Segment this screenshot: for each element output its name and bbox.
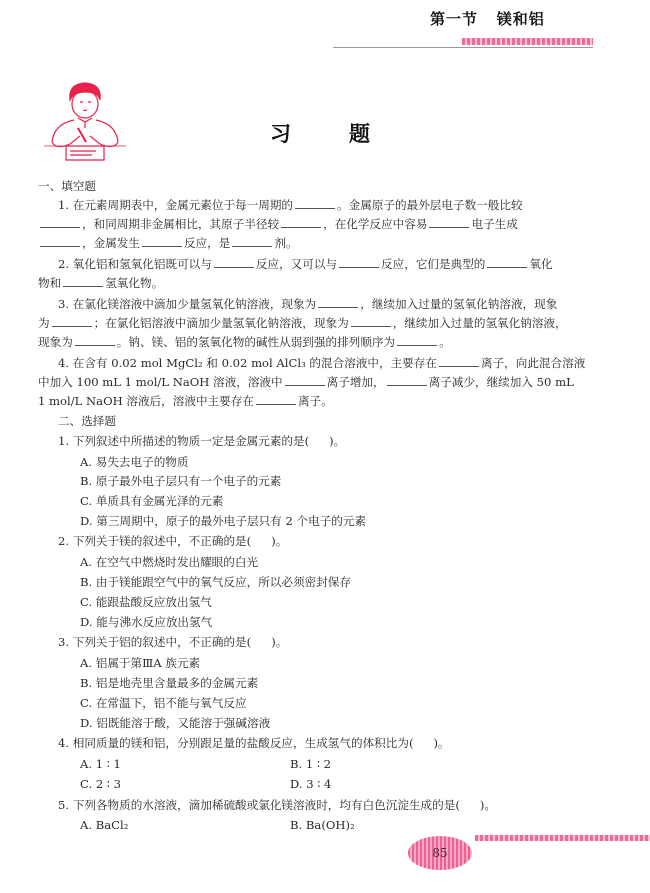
mc-q2-option-c[interactable]: C. 能跟盐酸反应放出氢气 — [80, 595, 212, 609]
header-decorative-stripe — [462, 38, 593, 45]
answer-blank[interactable] — [232, 236, 272, 247]
mc-q1-option-a[interactable]: A. 易失去电子的物质 — [80, 455, 189, 469]
mc-q2-option-a[interactable]: A. 在空气中燃烧时发出耀眼的白光 — [80, 555, 258, 569]
answer-blank[interactable] — [285, 375, 325, 386]
fill-q4-line1: 4. 在含有 0.02 mol MgCl₂ 和 0.02 mol AlCl₃ 的… — [58, 356, 585, 370]
mc-q4-option-a[interactable]: A. 1 ∶ 1 — [80, 757, 121, 771]
answer-blank[interactable] — [487, 257, 527, 268]
fill-q4-line3: 1 mol/L NaOH 溶液后，溶液中主要存在离子。 — [38, 394, 333, 408]
fill-q2-line1: 2. 氧化铝和氢氧化铝既可以与反应，又可以与反应，它们是典型的氧化 — [58, 257, 553, 271]
answer-blank[interactable] — [75, 335, 115, 346]
answer-blank[interactable] — [142, 236, 182, 247]
mc-q4-option-b[interactable]: B. 1 ∶ 2 — [290, 757, 331, 771]
mc-q1-stem: 1. 下列叙述中所描述的物质一定是金属元素的是()。 — [58, 434, 345, 448]
fill-q3-line2: 为；在氯化铝溶液中滴加少量氢氧化钠溶液，现象为，继续加入过量的氢氧化钠溶液， — [38, 316, 567, 330]
mc-q2-option-b[interactable]: B. 由于镁能跟空气中的氧气反应，所以必须密封保存 — [80, 575, 351, 589]
section-heading-fill-in: 一、填空题 — [38, 179, 96, 193]
fill-q3-line3: 现象为。钠、镁、铝的氢氧化物的碱性从弱到强的排列顺序为。 — [38, 335, 451, 349]
answer-blank[interactable] — [339, 257, 379, 268]
fill-q4-line2: 中加入 100 mL 1 mol/L NaOH 溶液，溶液中离子增加，离子减少，… — [38, 375, 574, 389]
answer-blank[interactable] — [429, 217, 469, 228]
answer-blank[interactable] — [63, 276, 103, 287]
answer-blank[interactable] — [387, 375, 427, 386]
page-number-badge: 85 — [408, 836, 472, 870]
answer-blank[interactable] — [256, 394, 296, 405]
answer-blank[interactable] — [439, 356, 479, 367]
answer-blank[interactable] — [40, 236, 80, 247]
mc-q3-option-b[interactable]: B. 铝是地壳里含量最多的金属元素 — [80, 676, 258, 690]
page-title: 习题 — [270, 118, 370, 148]
mc-q1-option-b[interactable]: B. 原子最外电子层只有一个电子的元素 — [80, 474, 281, 488]
answer-blank[interactable] — [40, 217, 80, 228]
student-writing-illustration-icon — [40, 78, 130, 166]
mc-q1-option-d[interactable]: D. 第三周期中，原子的最外电子层只有 2 个电子的元素 — [80, 514, 366, 528]
mc-q1-option-c[interactable]: C. 单质具有金属光泽的元素 — [80, 494, 223, 508]
chapter-header: 第一节 镁和铝 — [430, 8, 545, 29]
mc-q4-stem: 4. 相同质量的镁和铝，分别跟足量的盐酸反应，生成氢气的体积比为()。 — [58, 736, 450, 750]
mc-q5-stem: 5. 下列各物质的水溶液，滴加稀硫酸或氯化镁溶液时，均有白色沉淀生成的是()。 — [58, 798, 496, 812]
header-rule — [333, 47, 593, 48]
mc-q2-option-d[interactable]: D. 能与沸水反应放出氢气 — [80, 615, 212, 629]
footer-decorative-stripe — [475, 835, 650, 841]
title-char-2: 题 — [349, 118, 370, 148]
section-heading-multiple-choice: 二、选择题 — [58, 414, 116, 428]
answer-blank[interactable] — [318, 297, 358, 308]
mc-q3-option-c[interactable]: C. 在常温下，铝不能与氧气反应 — [80, 696, 247, 710]
fill-q1-line1: 1. 在元素周期表中，金属元素位于每一周期的。金属原子的最外层电子数一般比较 — [58, 198, 523, 212]
answer-blank[interactable] — [214, 257, 254, 268]
fill-q2-line2: 物和氢氧化物。 — [38, 276, 163, 290]
mc-q4-option-c[interactable]: C. 2 ∶ 3 — [80, 777, 121, 791]
fill-q3-line1: 3. 在氯化镁溶液中滴加少量氢氧化钠溶液，现象为，继续加入过量的氢氧化钠溶液，现… — [58, 297, 557, 311]
mc-q2-stem: 2. 下列关于镁的叙述中，不正确的是()。 — [58, 534, 287, 548]
section-number: 第一节 — [430, 10, 478, 28]
answer-blank[interactable] — [52, 316, 92, 327]
answer-blank[interactable] — [295, 198, 335, 209]
title-char-1: 习 — [270, 118, 291, 148]
mc-q5-option-a[interactable]: A. BaCl₂ — [80, 818, 128, 832]
fill-q1-line3: ，金属发生反应，是剂。 — [38, 236, 298, 250]
answer-blank[interactable] — [397, 335, 437, 346]
mc-q3-option-a[interactable]: A. 铝属于第ⅢA 族元素 — [80, 656, 200, 670]
mc-q3-option-d[interactable]: D. 铝既能溶于酸，又能溶于强碱溶液 — [80, 716, 270, 730]
mc-q4-option-d[interactable]: D. 3 ∶ 4 — [290, 777, 331, 791]
section-topic: 镁和铝 — [497, 10, 545, 28]
mc-q5-option-b[interactable]: B. Ba(OH)₂ — [290, 818, 355, 832]
mc-q3-stem: 3. 下列关于铝的叙述中，不正确的是()。 — [58, 635, 287, 649]
page-number: 85 — [432, 846, 447, 860]
answer-blank[interactable] — [281, 217, 321, 228]
answer-blank[interactable] — [351, 316, 391, 327]
fill-q1-line2: ，和同周期非金属相比，其原子半径较，在化学反应中容易电子生成 — [38, 217, 518, 231]
